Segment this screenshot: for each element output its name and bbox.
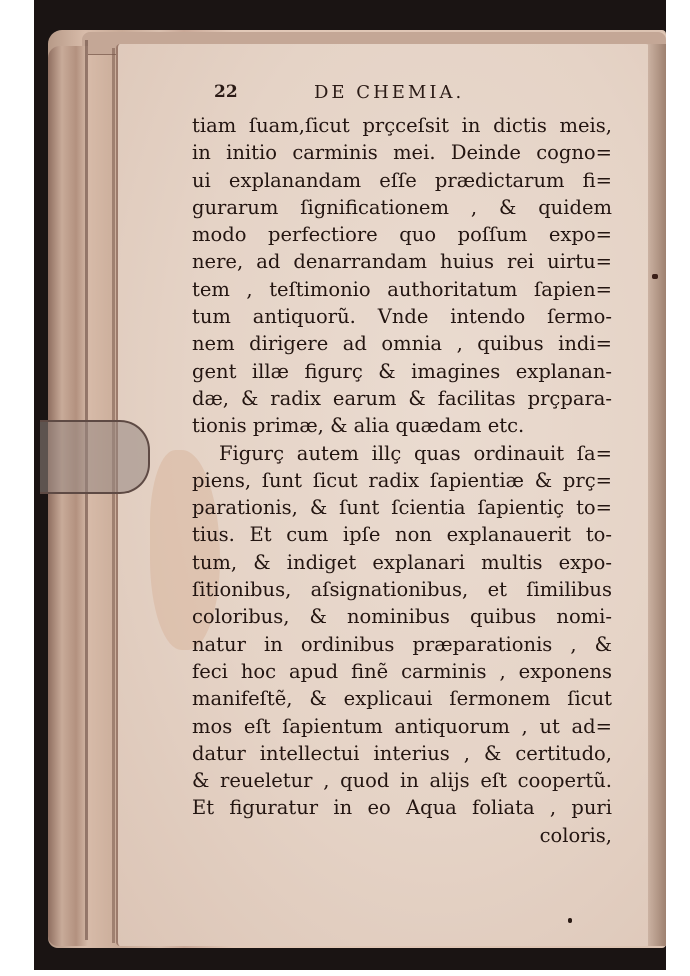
text-line: Et figuratur in eo Aqua foliata , puri: [192, 794, 612, 821]
text-line: dæ, & radix earum & facilitas prçpara-: [192, 385, 612, 412]
text-line: piens, ſunt ſicut radix ſapientiæ & prç=: [192, 467, 612, 494]
page-header: 22 DE CHEMIA.: [210, 82, 630, 106]
leaf-edge: [112, 48, 115, 943]
book-spine: [48, 46, 88, 946]
catchword: coloris,: [192, 822, 612, 849]
text-line: tem , teſtimonio authoritatum ſapien=: [192, 276, 612, 303]
text-line: nere, ad denarrandam huius rei uirtu=: [192, 248, 612, 275]
text-line: gent illæ figurç & imagines explanan-: [192, 358, 612, 385]
ink-spot: [568, 918, 572, 923]
text-line: tum antiquorũ. Vnde intendo ſermo-: [192, 303, 612, 330]
body-text: tiam ſuam,ſicut prçceſsit in dictis meis…: [192, 112, 612, 849]
text-line: parationis, & ſunt ſcientia ſapientiç to…: [192, 494, 612, 521]
text-line: tius. Et cum ipſe non explanauerit to-: [192, 521, 612, 548]
text-line: nem dirigere ad omnia , quibus indi=: [192, 330, 612, 357]
text-line: ſitionibus, aſsignationibus, et ſimilibu…: [192, 576, 612, 603]
text-line: gurarum ſignificationem , & quidem: [192, 194, 612, 221]
page-number: 22: [214, 82, 238, 102]
text-line: natur in ordinibus præparationis , &: [192, 631, 612, 658]
running-head: DE CHEMIA.: [314, 82, 464, 103]
text-line: tiam ſuam,ſicut prçceſsit in dictis meis…: [192, 112, 612, 139]
text-line: ui explanandam eſſe prædictarum fi=: [192, 167, 612, 194]
text-line: coloribus, & nominibus quibus nomi-: [192, 603, 612, 630]
text-line: modo perfectiore quo poſſum expo=: [192, 221, 612, 248]
page-clip: [40, 420, 150, 494]
text-line: mos eſt ſapientum antiquorum , ut ad=: [192, 713, 612, 740]
text-line: & reueletur , quod in alijs eſt coopertũ…: [192, 767, 612, 794]
ink-spot: [652, 274, 658, 279]
text-line: tum, & indiget explanari multis expo-: [192, 549, 612, 576]
image-margin: [666, 0, 690, 976]
text-line: manifeſtẽ, & explicaui ſermonem ſicut: [192, 685, 612, 712]
text-line: Figurç autem illç quas ordinauit ſa=: [192, 440, 612, 467]
text-line: feci hoc apud finẽ carminis , exponens: [192, 658, 612, 685]
text-line: datur intellectui interius , & certitudo…: [192, 740, 612, 767]
text-line: tionis primæ, & alia quædam etc.: [192, 412, 612, 439]
page-fore-edge: [648, 44, 666, 946]
text-line: in initio carminis mei. Deinde cogno=: [192, 139, 612, 166]
